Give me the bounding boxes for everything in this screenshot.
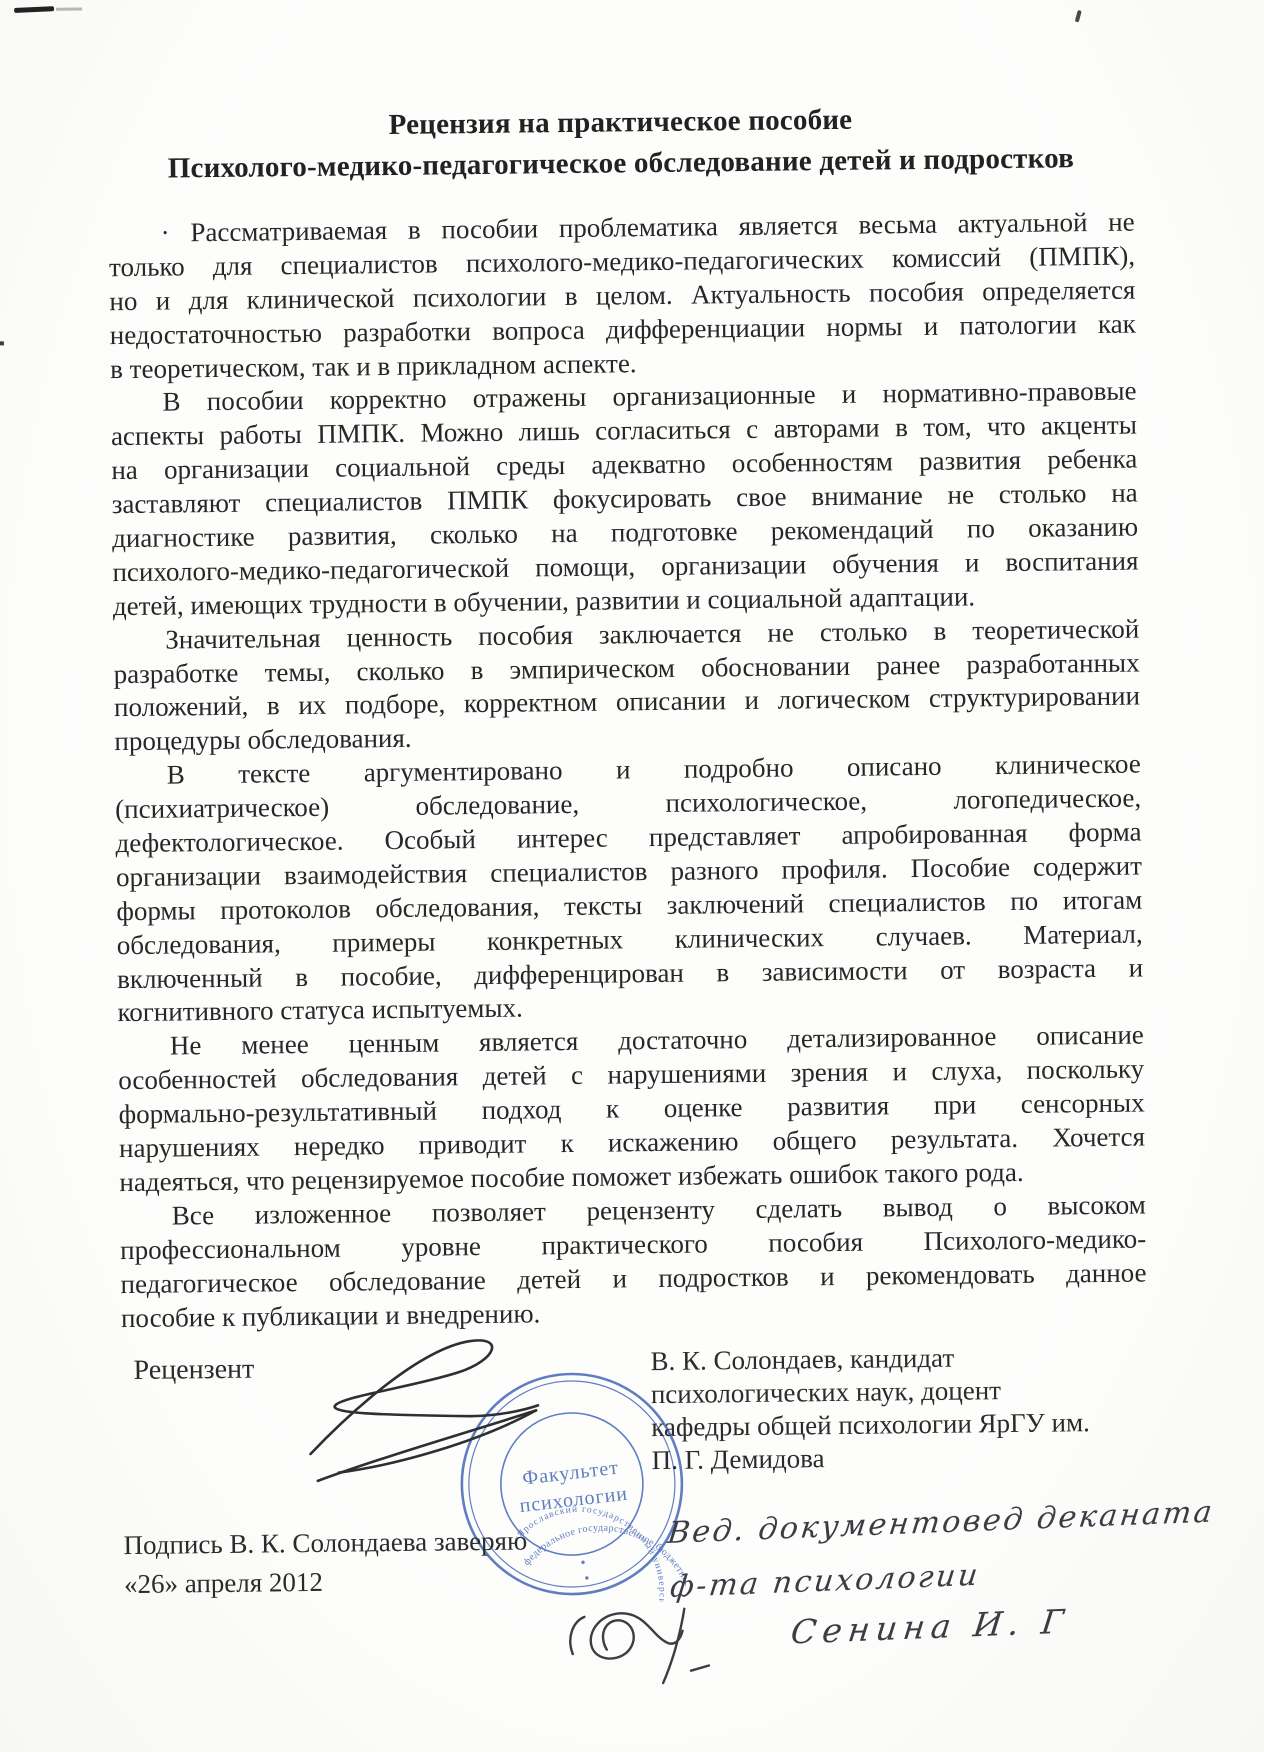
paper-sheet: Рецензия на практическое пособие Психоло… — [0, 0, 1264, 1752]
reviewer-credentials: В. К. Солондаев, кандидатпсихологических… — [650, 1339, 1171, 1477]
stamp-center-line-2: психологии — [518, 1483, 629, 1517]
attestation-line-1: Подпись В. К. Солондаева заверяю — [123, 1520, 643, 1565]
scanned-review-document: Рецензия на практическое пособие Психоло… — [0, 0, 1264, 1752]
reviewer-label: Рецензент — [133, 1354, 254, 1387]
handwritten-position-line-2: ф-та психологии — [668, 1558, 982, 1605]
scan-artifact-top-left-2 — [56, 7, 82, 10]
scan-artifact-top-left — [14, 6, 54, 13]
scan-artifact-left-edge — [0, 341, 4, 345]
credentials-line: П. Г. Демидова — [651, 1438, 1171, 1477]
document-title: Рецензия на практическое пособие Психоло… — [107, 97, 1134, 191]
stamp-center-line-1: Факультет — [521, 1457, 620, 1490]
review-body-text: · Рассматриваемая в пособии проблематика… — [108, 206, 1147, 1336]
handwritten-position-line-1: Вед. документовед деканата — [666, 1495, 1217, 1551]
reviewer-signature-ink — [287, 1325, 619, 1499]
scan-artifact-top-right — [1075, 10, 1082, 23]
attestation-line-2: «26» апреля 2012 — [124, 1559, 644, 1604]
clerk-signature-ink — [555, 1594, 726, 1696]
attestation-block: Подпись В. К. Солондаева заверяю «26» ап… — [123, 1520, 644, 1604]
handwritten-name: Сенина И. Г — [789, 1602, 1072, 1652]
